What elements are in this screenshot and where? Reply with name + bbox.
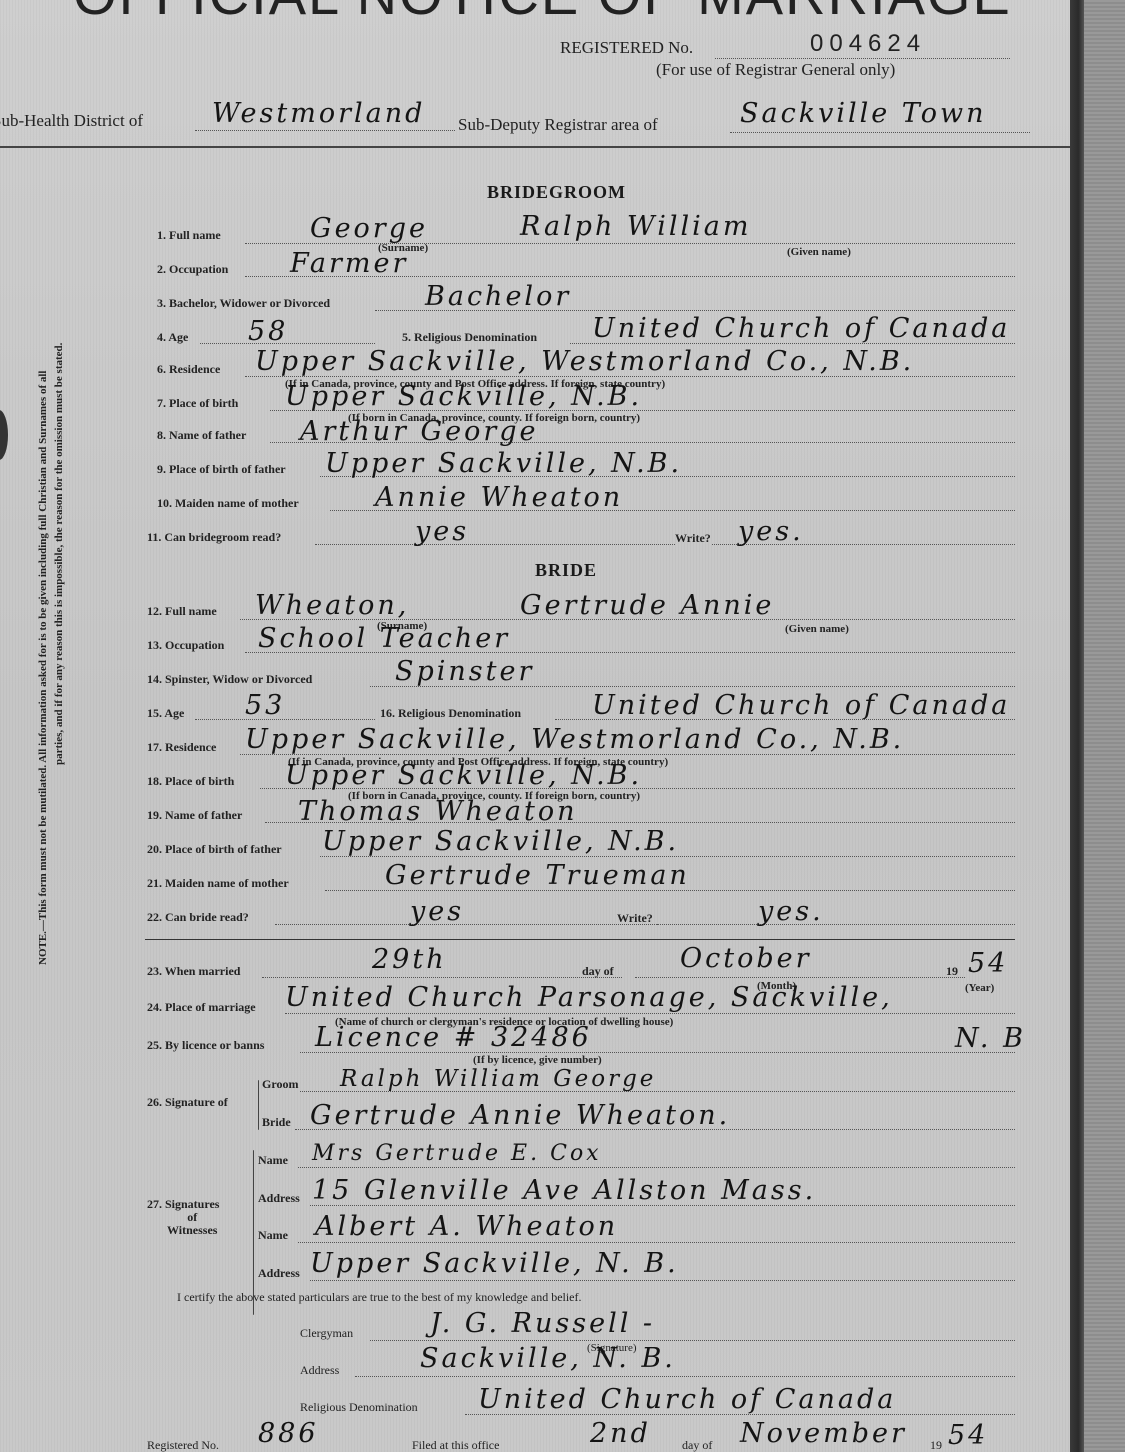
groom-residence-label: 6. Residence (157, 362, 220, 377)
bride-mother: Gertrude Trueman (385, 862, 690, 889)
bride-occupation: School Teacher (258, 625, 510, 652)
bride-can-read: yes (410, 898, 464, 925)
groom-surname: George (310, 215, 428, 242)
bride-signature: Gertrude Annie Wheaton. (310, 1102, 730, 1129)
bride-read-label: 22. Can bride read? (147, 910, 249, 925)
filed-day: 2nd (590, 1420, 651, 1447)
witness1-name-label: Name (258, 1153, 288, 1168)
filed-month: November (740, 1420, 907, 1447)
licence-label: 25. By licence or banns (147, 1038, 264, 1053)
groom-fullname-label: 1. Full name (157, 228, 221, 243)
certification-statement: I certify the above stated particulars a… (177, 1290, 582, 1305)
filed-year: 54 (948, 1422, 988, 1449)
place-of-marriage-label: 24. Place of marriage (147, 1000, 256, 1015)
groom-father-birthplace-label: 9. Place of birth of father (157, 462, 286, 477)
groom-read-label: 11. Can bridegroom read? (147, 530, 281, 545)
footer-year-prefix: 19 (930, 1438, 942, 1452)
punch-hole (0, 410, 8, 460)
subdeputy-label: Sub-Deputy Registrar area of (458, 115, 658, 135)
bride-father-birthplace-label: 20. Place of birth of father (147, 842, 282, 857)
bride-age: 53 (245, 692, 285, 719)
place-of-marriage: United Church Parsonage, Sackville, (285, 984, 893, 1011)
bride-religion: United Church of Canada (592, 692, 1010, 719)
witnesses-label: 27. Signatures of Witnesses (147, 1198, 219, 1237)
bride-status: Spinster (395, 658, 534, 685)
groom-mother-label: 10. Maiden name of mother (157, 496, 299, 511)
footer-registered-label: Registered No. (147, 1438, 219, 1452)
bride-heading: BRIDE (535, 560, 597, 581)
marriage-notice-form: OFFICIAL NOTICE OF MARRIAGE REGISTERED N… (0, 0, 1085, 1452)
when-married-label: 23. When married (147, 964, 240, 979)
bride-signature-label: Bride (262, 1115, 291, 1130)
groom-mother: Annie Wheaton (375, 484, 623, 511)
registered-number: 004624 (810, 30, 926, 58)
groom-signature: Ralph William George (340, 1068, 656, 1091)
groom-religion-label: 5. Religious Denomination (402, 330, 537, 345)
witness2-name-label: Name (258, 1228, 288, 1243)
bride-write-label: Write? (617, 911, 653, 926)
clergyman-signature: J. G. Russell - (430, 1310, 655, 1337)
groom-write-label: Write? (675, 531, 711, 546)
groom-status: Bachelor (425, 283, 571, 310)
marriage-year: 54 (968, 950, 1008, 977)
licence-province: N. B (955, 1025, 1026, 1052)
bridegroom-heading: BRIDEGROOM (487, 182, 626, 203)
marriage-month: October (680, 945, 812, 972)
bride-status-label: 14. Spinster, Widow or Divorced (147, 672, 312, 687)
groom-occupation-label: 2. Occupation (157, 262, 228, 277)
groom-can-write: yes. (738, 518, 804, 545)
bride-birthplace: Upper Sackville, N.B. (285, 762, 642, 789)
bride-surname: Wheaton, (255, 592, 409, 619)
registered-number-label: REGISTERED No. (560, 38, 693, 58)
subdeputy-value: Sackville Town (740, 100, 986, 127)
clergyman-religion: United Church of Canada (478, 1386, 896, 1413)
groom-birthplace-label: 7. Place of birth (157, 396, 238, 411)
bride-fullname-label: 12. Full name (147, 604, 217, 619)
signature-of-label: 26. Signature of (147, 1095, 228, 1110)
district-label: Sub-Health District of (0, 111, 143, 131)
clergyman-address-label: Address (300, 1363, 339, 1378)
filed-label: Filed at this office (412, 1438, 499, 1452)
groom-religion: United Church of Canada (592, 315, 1010, 342)
bride-age-label: 15. Age (147, 706, 184, 721)
witness1-address: 15 Glenville Ave Allston Mass. (312, 1177, 816, 1204)
witness2-name: Albert A. Wheaton (315, 1213, 618, 1240)
footer-day-of-label: day of (682, 1438, 712, 1452)
registrar-note: (For use of Registrar General only) (656, 60, 895, 80)
marriage-day: 29th (372, 946, 447, 973)
groom-birthplace: Upper Sackville, N.B. (285, 383, 642, 410)
groom-father-label: 8. Name of father (157, 428, 246, 443)
groom-residence: Upper Sackville, Westmorland Co., N.B. (255, 348, 914, 375)
bride-father-label: 19. Name of father (147, 808, 242, 823)
page-edge (1070, 0, 1084, 1452)
clergyman-address: Sackville, N. B. (420, 1345, 676, 1372)
groom-signature-label: Groom (262, 1077, 298, 1092)
groom-can-read: yes (415, 518, 469, 545)
bride-can-write: yes. (758, 898, 824, 925)
bride-religion-label: 16. Religious Denomination (380, 706, 521, 721)
bride-father-birthplace: Upper Sackville, N.B. (322, 828, 679, 855)
bride-mother-label: 21. Maiden name of mother (147, 876, 289, 891)
form-title: OFFICIAL NOTICE OF MARRIAGE (0, 0, 1085, 27)
groom-father-birthplace: Upper Sackville, N.B. (325, 450, 682, 477)
groom-father: Arthur George (300, 418, 539, 445)
district-value: Westmorland (212, 100, 425, 127)
groom-occupation: Farmer (290, 250, 408, 277)
groom-given-name: Ralph William (520, 213, 751, 240)
witness2-address: Upper Sackville, N. B. (310, 1250, 679, 1277)
bride-given-name: Gertrude Annie (520, 592, 774, 619)
side-note: NOTE.—This form must not be mutilated. A… (35, 343, 67, 965)
witness1-name: Mrs Gertrude E. Cox (312, 1143, 602, 1165)
licence-number: Licence # 32486 (315, 1024, 592, 1051)
bride-father: Thomas Wheaton (298, 798, 578, 825)
year-prefix: 19 (946, 964, 958, 979)
day-of-label: day of (582, 964, 614, 979)
groom-age-label: 4. Age (157, 330, 188, 345)
groom-age: 58 (248, 318, 288, 345)
background-surface (1084, 0, 1125, 1452)
footer-registered-number: 886 (258, 1420, 319, 1447)
groom-status-label: 3. Bachelor, Widower or Divorced (157, 296, 330, 311)
bride-residence-label: 17. Residence (147, 740, 216, 755)
clergyman-religion-label: Religious Denomination (300, 1400, 418, 1415)
clergyman-label: Clergyman (300, 1326, 353, 1341)
witness2-address-label: Address (258, 1266, 300, 1281)
bride-residence: Upper Sackville, Westmorland Co., N.B. (245, 726, 904, 753)
bride-occupation-label: 13. Occupation (147, 638, 224, 653)
bride-birthplace-label: 18. Place of birth (147, 774, 234, 789)
witness1-address-label: Address (258, 1191, 300, 1206)
